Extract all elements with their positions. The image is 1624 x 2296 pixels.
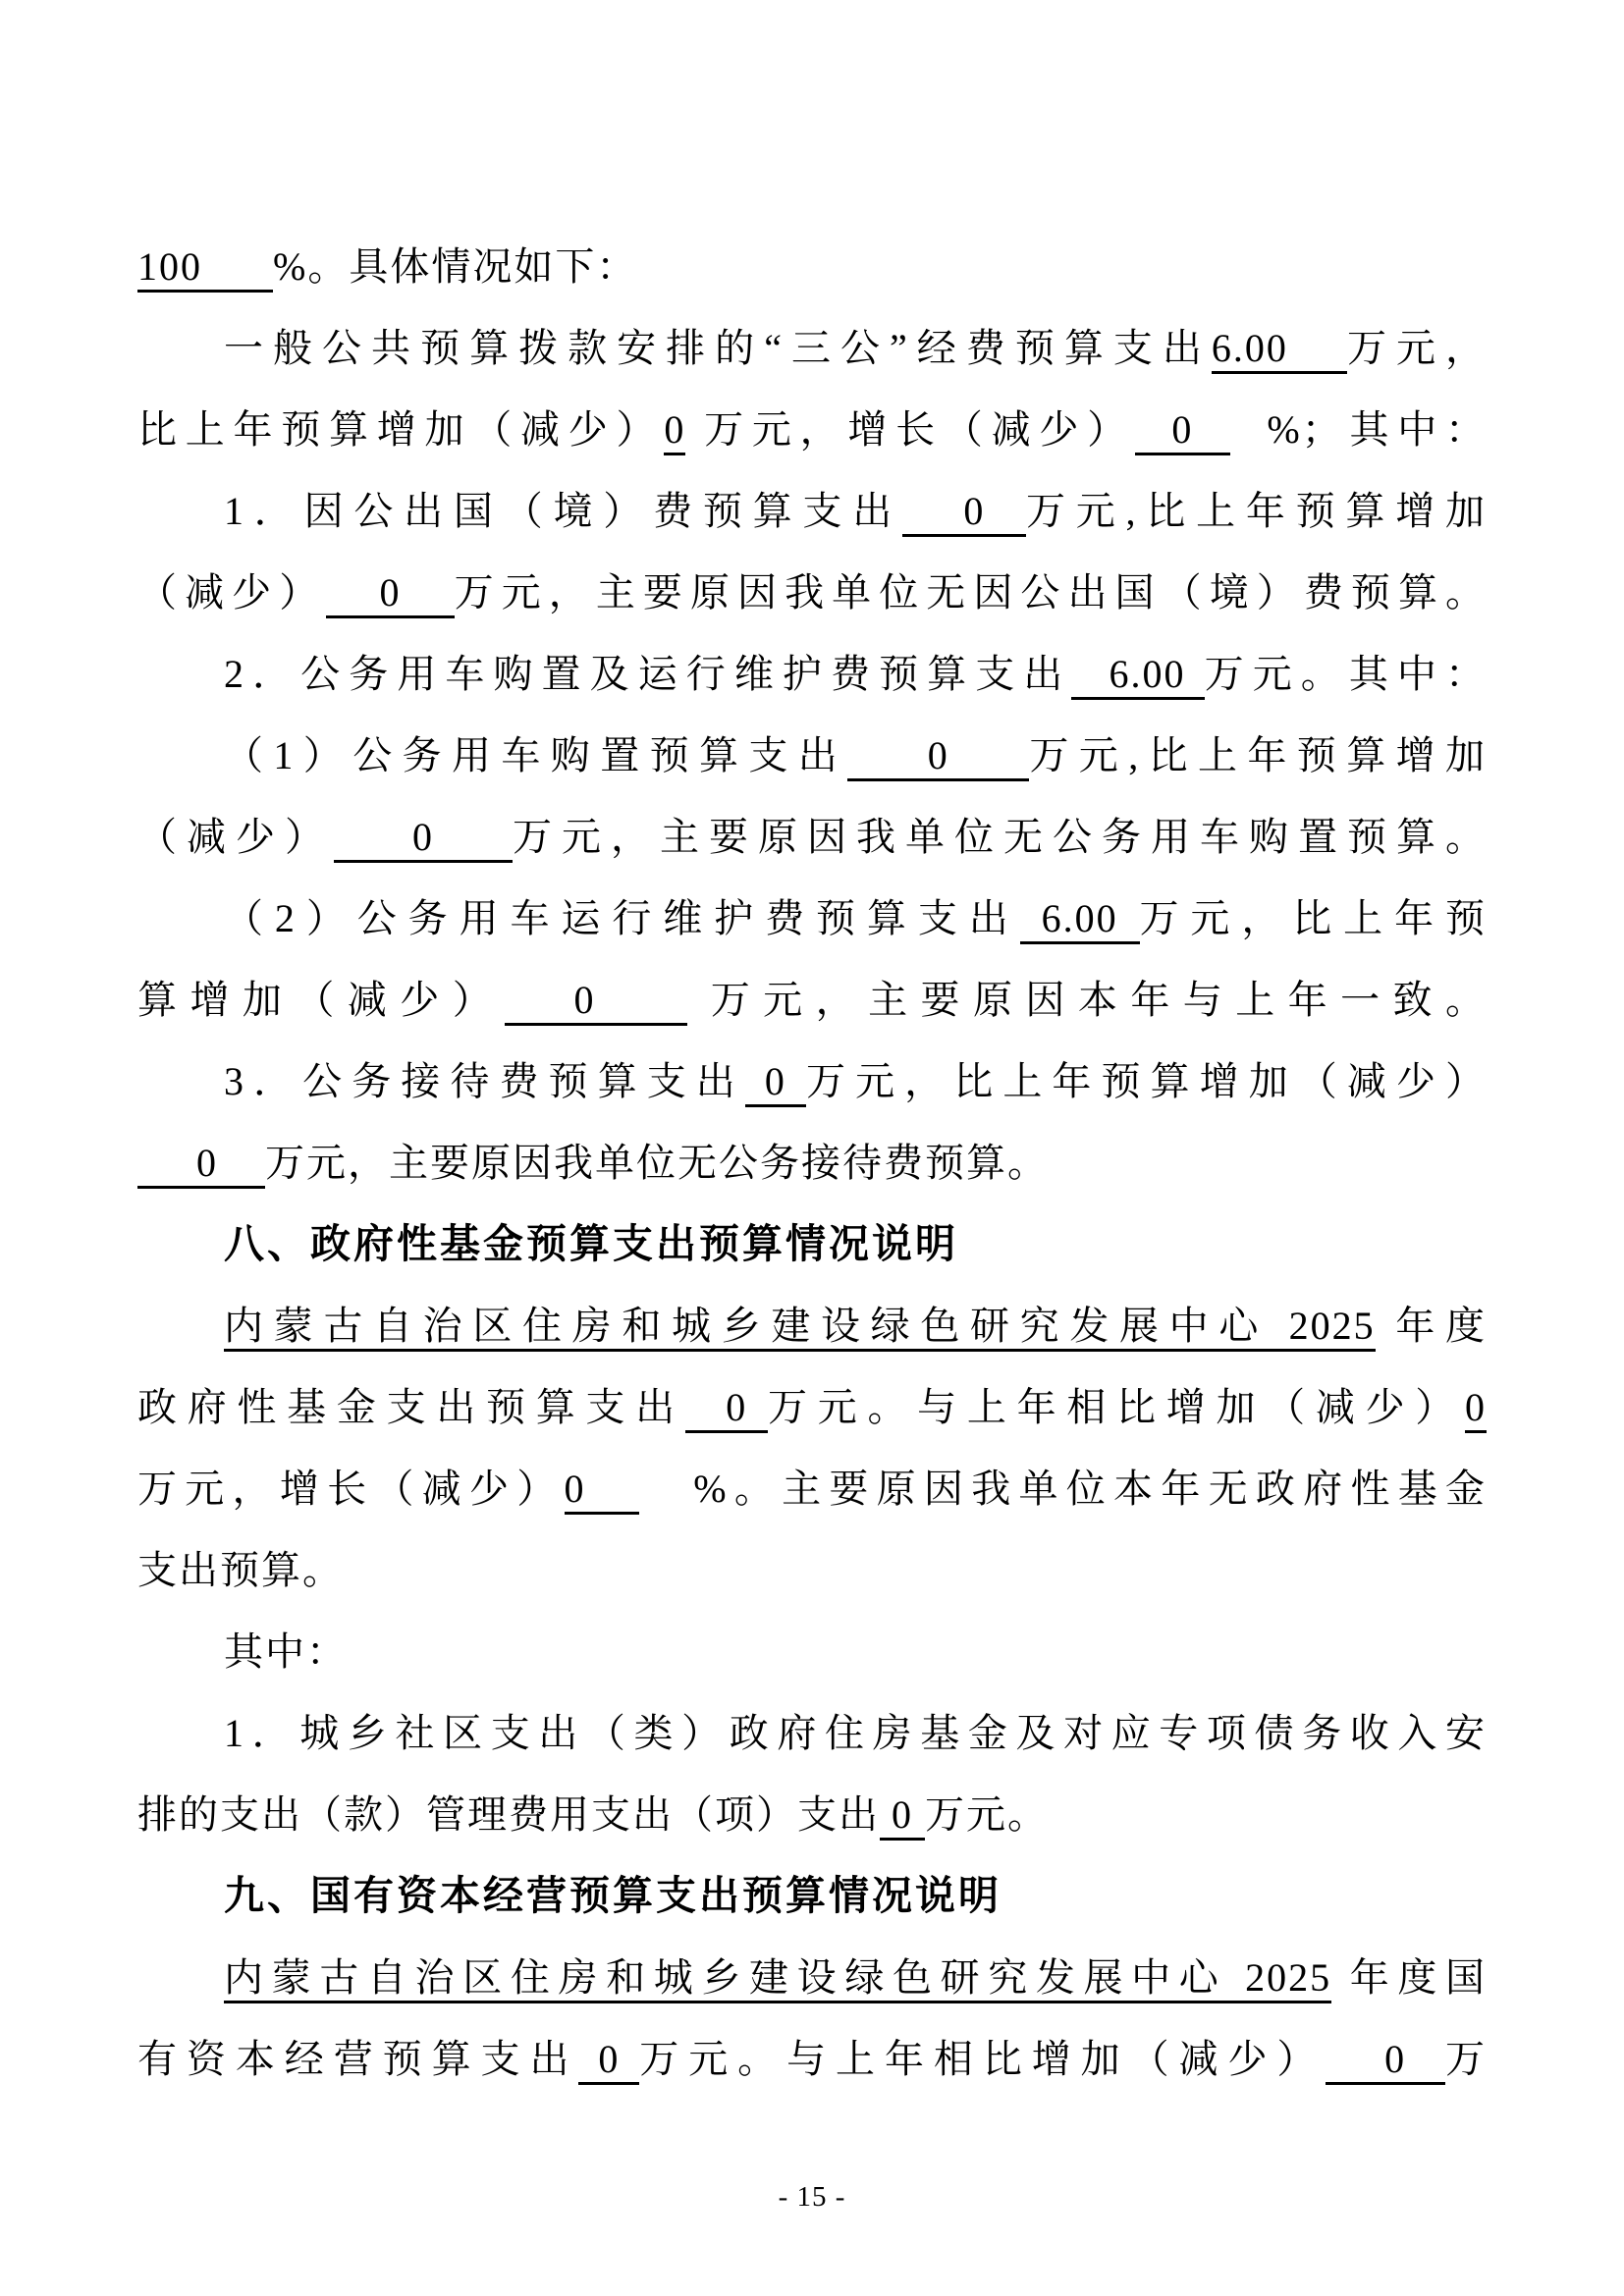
- text-line: 算增加（减少） 0 万元，主要原因本年与上年一致。: [137, 959, 1487, 1041]
- page-footer: - 15 -: [0, 2181, 1624, 2214]
- text-segment: （减少）: [137, 570, 326, 614]
- text-segment: 2．公务用车购置及运行维护费预算支出: [224, 652, 1071, 696]
- text-segment: 算增加（减少）: [137, 978, 505, 1022]
- text-line: 100 %。具体情况如下：: [137, 226, 1487, 307]
- text-segment: 万元，主要原因本年与上年一致。: [687, 978, 1487, 1022]
- text-segment: 九、国有资本经营预算支出预算情况说明: [224, 1873, 1001, 1918]
- text-line: 0 万元，主要原因我单位无公务接待费预算。: [137, 1122, 1487, 1203]
- text-segment: 年度国: [1331, 1955, 1487, 2000]
- text-line: 有资本经营预算支出 0 万元。与上年相比增加（减少） 0 万: [137, 2018, 1487, 2100]
- text-segment: 万: [1445, 2037, 1487, 2081]
- underlined-blank-value: 0: [1326, 2037, 1445, 2085]
- underlined-blank-value: 0: [664, 407, 685, 455]
- text-segment: 八、政府性基金预算支出预算情况说明: [224, 1221, 958, 1266]
- text-segment: 万元。: [925, 1792, 1049, 1837]
- underlined-blank-value: 0: [565, 1467, 640, 1515]
- text-segment: 政府性基金支出预算支出: [137, 1385, 685, 1429]
- underlined-blank-value: 0: [578, 2037, 639, 2085]
- text-segment: 万元，: [1347, 326, 1487, 370]
- text-segment: 一般公共预算拨款安排的“三公”经费预算支出: [224, 326, 1212, 370]
- underlined-blank-value: 6.00: [1020, 896, 1140, 944]
- underlined-blank-value: 内蒙古自治区住房和城乡建设绿色研究发展中心 2025: [224, 1955, 1331, 2003]
- underlined-blank-value: 0: [745, 1059, 806, 1107]
- underlined-blank-value: 0: [334, 815, 513, 863]
- text-line: 内蒙古自治区住房和城乡建设绿色研究发展中心 2025 年度国: [137, 1937, 1487, 2018]
- text-line: 2．公务用车购置及运行维护费预算支出 6.00 万元。其中：: [137, 633, 1487, 715]
- text-line: （减少） 0 万元，主要原因我单位无因公出国（境）费预算。: [137, 552, 1487, 633]
- underlined-blank-value: 0: [505, 978, 687, 1026]
- text-segment: %。主要原因我单位本年无政府性基金: [639, 1467, 1487, 1511]
- underlined-blank-value: 0: [685, 1385, 768, 1433]
- text-segment: 3．公务接待费预算支出: [224, 1059, 745, 1103]
- section-heading: 九、国有资本经营预算支出预算情况说明: [137, 1855, 1487, 1937]
- underlined-blank-value: 6.00: [1212, 326, 1347, 374]
- text-segment: 万元，比上年预算增加（减少）: [806, 1059, 1487, 1103]
- text-line: 内蒙古自治区住房和城乡建设绿色研究发展中心 2025 年度: [137, 1285, 1487, 1366]
- text-segment: 万元，主要原因我单位无公务接待费预算。: [265, 1141, 1049, 1185]
- text-segment: 1．因公出国（境）费预算支出: [224, 489, 902, 533]
- text-segment: 其中：: [224, 1629, 348, 1674]
- document-page: 100 %。具体情况如下：一般公共预算拨款安排的“三公”经费预算支出6.00 万…: [0, 0, 1624, 2296]
- text-segment: 万元。与上年相比增加（减少）: [768, 1385, 1465, 1429]
- text-segment: 年度: [1376, 1304, 1487, 1348]
- text-segment: 万元,比上年预算增加: [1029, 733, 1487, 777]
- text-segment: （1）公务用车购置预算支出: [224, 733, 847, 777]
- text-line: 排的支出（款）管理费用支出（项）支出 0 万元。: [137, 1774, 1487, 1855]
- text-segment: %。具体情况如下：: [273, 244, 637, 289]
- underlined-blank-value: 0: [902, 489, 1026, 537]
- text-segment: 万元。其中：: [1205, 652, 1487, 696]
- page-number: - 15 -: [779, 2181, 846, 2213]
- text-segment: 万元，增长（减少）: [685, 407, 1135, 452]
- text-segment: 万元，增长（减少）: [137, 1467, 565, 1511]
- underlined-blank-value: 0: [1465, 1385, 1487, 1433]
- text-segment: 支出预算。: [137, 1548, 344, 1592]
- text-line: 1．城乡社区支出（类）政府住房基金及对应专项债务收入安: [137, 1692, 1487, 1774]
- text-line: （2）公务用车运行维护费预算支出 6.00 万元，比上年预: [137, 878, 1487, 959]
- text-segment: 排的支出（款）管理费用支出（项）支出: [137, 1792, 880, 1837]
- text-line: 1．因公出国（境）费预算支出 0 万元,比上年预算增加: [137, 470, 1487, 552]
- text-line: 比上年预算增加（减少）0 万元，增长（减少） 0 %；其中：: [137, 389, 1487, 470]
- text-segment: 万元，比上年预: [1140, 896, 1488, 940]
- text-segment: %；其中：: [1230, 407, 1487, 452]
- text-line: （1）公务用车购置预算支出 0 万元,比上年预算增加: [137, 715, 1487, 796]
- document-body: 100 %。具体情况如下：一般公共预算拨款安排的“三公”经费预算支出6.00 万…: [137, 226, 1487, 2100]
- underlined-blank-value: 0: [326, 570, 454, 618]
- text-line: 一般公共预算拨款安排的“三公”经费预算支出6.00 万元，: [137, 307, 1487, 389]
- text-line: （减少） 0 万元，主要原因我单位无公务用车购置预算。: [137, 796, 1487, 878]
- text-line: 政府性基金支出预算支出 0 万元。与上年相比增加（减少）0: [137, 1366, 1487, 1448]
- underlined-blank-value: 0: [137, 1141, 265, 1189]
- underlined-blank-value: 100: [137, 244, 273, 293]
- text-segment: 万元，主要原因我单位无因公出国（境）费预算。: [455, 570, 1487, 614]
- underlined-blank-value: 0: [847, 733, 1029, 781]
- text-segment: 万元，主要原因我单位无公务用车购置预算。: [513, 815, 1487, 859]
- underlined-blank-value: 内蒙古自治区住房和城乡建设绿色研究发展中心 2025: [224, 1304, 1376, 1352]
- underlined-blank-value: 6.00: [1071, 652, 1204, 700]
- underlined-blank-value: 0: [880, 1792, 925, 1841]
- text-line: 支出预算。: [137, 1529, 1487, 1611]
- section-heading: 八、政府性基金预算支出预算情况说明: [137, 1203, 1487, 1285]
- underlined-blank-value: 0: [1135, 407, 1230, 455]
- text-segment: 万元,比上年预算增加: [1026, 489, 1487, 533]
- text-segment: 1．城乡社区支出（类）政府住房基金及对应专项债务收入安: [224, 1711, 1487, 1755]
- text-segment: 有资本经营预算支出: [137, 2037, 578, 2081]
- text-line: 3．公务接待费预算支出 0 万元，比上年预算增加（减少）: [137, 1041, 1487, 1122]
- text-segment: （减少）: [137, 815, 334, 859]
- text-line: 其中：: [137, 1611, 1487, 1692]
- text-segment: 万元。与上年相比增加（减少）: [639, 2037, 1326, 2081]
- text-line: 万元，增长（减少）0 %。主要原因我单位本年无政府性基金: [137, 1448, 1487, 1529]
- text-segment: 比上年预算增加（减少）: [137, 407, 664, 452]
- text-segment: （2）公务用车运行维护费预算支出: [224, 896, 1020, 940]
